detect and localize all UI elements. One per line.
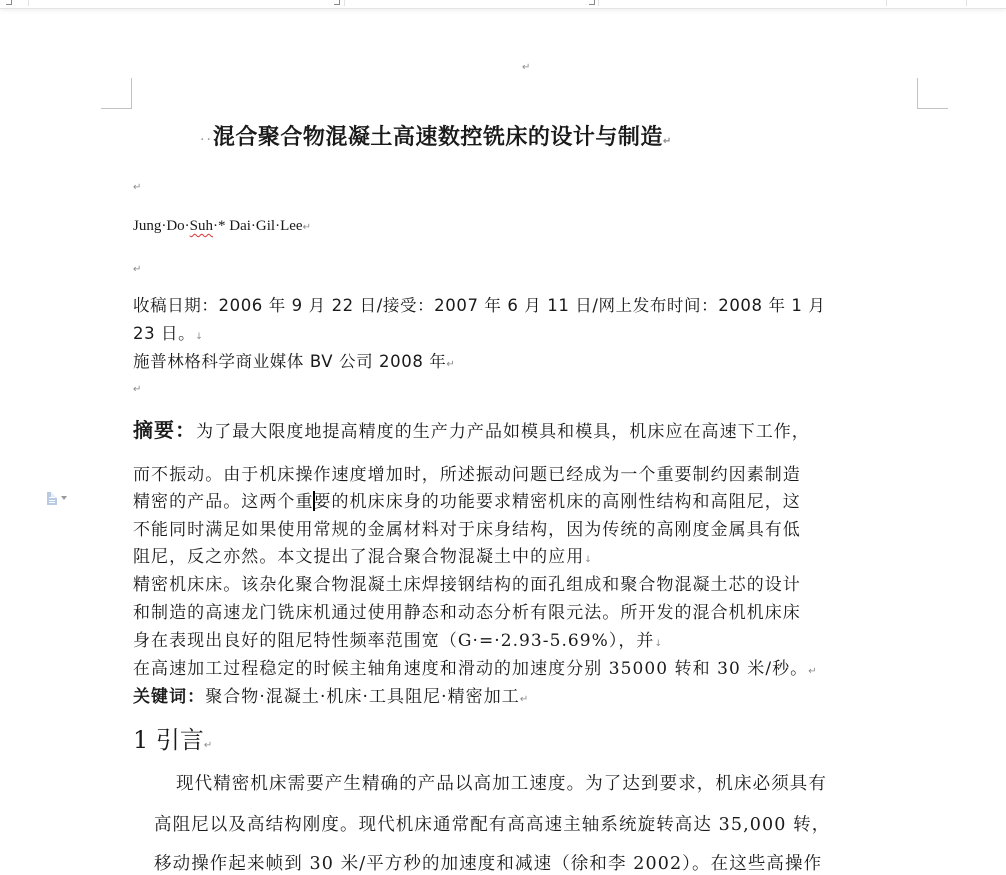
column-separator <box>598 0 599 6</box>
title-text: 混合聚合物混凝土高速数控铣床的设计与制造 <box>213 124 663 150</box>
paragraph-mark: ↵ <box>808 666 817 677</box>
table-cell-marker <box>589 0 595 5</box>
spelling-error-word[interactable]: Suh <box>190 218 213 234</box>
table-cell-marker <box>6 0 12 5</box>
column-separator <box>344 0 345 6</box>
abstract-line-6[interactable]: 精密机床床。该杂化聚合物混凝土床焊接钢结构的面孔组成和聚合物混凝土芯的设计 <box>133 570 801 595</box>
paragraph-mark: ↵ <box>446 359 455 370</box>
paragraph-mark: ↵ <box>520 694 529 705</box>
line-break-mark: ↓ <box>195 332 203 342</box>
line-break-mark: ↓ <box>654 639 663 649</box>
paragraph-mark: ↵ <box>303 222 311 233</box>
title-space-marks: ·· <box>200 132 213 148</box>
abstract-text: 要的机床床身的功能要求精密机床的高刚性结构和高阻尼，这 <box>314 492 801 512</box>
author-text: Jung·Do· <box>133 218 190 234</box>
column-separator <box>886 0 887 6</box>
keywords-label: 关键词： <box>133 687 205 707</box>
abstract-text: 身在表现出良好的阻尼特性频率范围宽（G·=·2.93-5.69%），并 <box>133 631 654 651</box>
abstract-line-8[interactable]: 身在表现出良好的阻尼特性频率范围宽（G·=·2.93-5.69%），并↓ <box>133 626 663 651</box>
empty-paragraph[interactable]: ↵ <box>133 182 141 193</box>
document-title[interactable]: ··混合聚合物混凝土高速数控铣床的设计与制造↵ <box>200 120 672 151</box>
publisher-line[interactable]: 施普林格科学商业媒体 BV 公司 2008 年↵ <box>133 348 455 372</box>
paragraph-mark: ↵ <box>133 384 141 395</box>
empty-paragraph[interactable]: ↵ <box>133 384 141 395</box>
margin-corner-top-right <box>917 78 948 109</box>
column-separator <box>966 0 967 6</box>
dates-text: 23 日。 <box>133 324 195 343</box>
intro-line-1[interactable]: 现代精密机床需要产生精确的产品以高加工速度。为了达到要求，机床必须具有 <box>176 770 827 795</box>
abstract-line-2[interactable]: 而不振动。由于机床操作速度增加时，所述振动问题已经成为一个重要制约因素制造 <box>133 460 801 485</box>
dates-line-1[interactable]: 收稿日期：2006 年 9 月 22 日/接受：2007 年 6 月 11 日/… <box>133 292 825 316</box>
table-cell-marker <box>334 0 340 5</box>
authors-line[interactable]: Jung·Do·Suh·* Dai·Gil·Lee↵ <box>133 218 311 235</box>
column-separator <box>28 0 29 6</box>
dates-line-2[interactable]: 23 日。↓ <box>133 320 203 344</box>
abstract-label: 摘要： <box>133 418 196 442</box>
keywords-text: 聚合物·混凝土·机床·工具阻尼·精密加工 <box>205 687 520 707</box>
line-break-mark: ↓ <box>584 555 593 565</box>
paste-options-button[interactable] <box>47 490 77 506</box>
abstract-line-9[interactable]: 在高速加工过程稳定的时候主轴角速度和滑动的加速度分别 35000 转和 30 米… <box>133 654 818 679</box>
abstract-line-7[interactable]: 和制造的高速龙门铣床机通过使用静态和动态分析有限元法。所开发的混合机机床床 <box>133 598 801 623</box>
section-heading[interactable]: 1 引言↵ <box>133 720 212 755</box>
intro-line-3[interactable]: 移动操作起来帧到 30 米/平方秒的加速度和减速（徐和李 2002）。在这些高操… <box>154 850 822 875</box>
abstract-line-1[interactable]: 摘要：为了最大限度地提高精度的生产力产品如模具和模具，机床应在高速下工作， <box>133 414 810 443</box>
abstract-text: 阻尼，反之亦然。本文提出了混合聚合物混凝土中的应用 <box>133 547 584 567</box>
abstract-text: 精密的产品。这两个重 <box>133 492 314 512</box>
previous-page-edge <box>0 0 1006 9</box>
paragraph-mark: ↵ <box>204 740 212 751</box>
dropdown-arrow-icon <box>61 496 67 500</box>
abstract-text: 为了最大限度地提高精度的生产力产品如模具和模具，机床应在高速下工作， <box>196 422 810 442</box>
abstract-line-4[interactable]: 不能同时满足如果使用常规的金属材料对于床身结构，因为传统的高刚度金属具有低 <box>133 515 801 540</box>
margin-corner-top-left <box>101 78 132 109</box>
header-paragraph-mark: ↵ <box>522 62 530 73</box>
author-text: ·* Dai·Gil·Lee <box>213 218 303 234</box>
keywords-line[interactable]: 关键词：聚合物·混凝土·机床·工具阻尼·精密加工↵ <box>133 682 529 707</box>
heading-text: 1 引言 <box>133 726 204 754</box>
abstract-text: 在高速加工过程稳定的时候主轴角速度和滑动的加速度分别 35000 转和 30 米… <box>133 659 808 679</box>
paragraph-mark: ↵ <box>133 182 141 193</box>
document-icon <box>47 492 57 505</box>
abstract-line-3[interactable]: 精密的产品。这两个重要的机床床身的功能要求精密机床的高刚性结构和高阻尼，这 <box>133 487 801 512</box>
intro-line-2[interactable]: 高阻尼以及高结构刚度。现代机床通常配有高高速主轴系统旋转高达 35,000 转， <box>154 811 830 836</box>
publisher-text: 施普林格科学商业媒体 BV 公司 2008 年 <box>133 352 446 371</box>
abstract-line-5[interactable]: 阻尼，反之亦然。本文提出了混合聚合物混凝土中的应用↓ <box>133 542 593 567</box>
paragraph-mark: ↵ <box>133 264 141 275</box>
paragraph-mark: ↵ <box>663 136 672 147</box>
empty-paragraph[interactable]: ↵ <box>133 264 141 275</box>
